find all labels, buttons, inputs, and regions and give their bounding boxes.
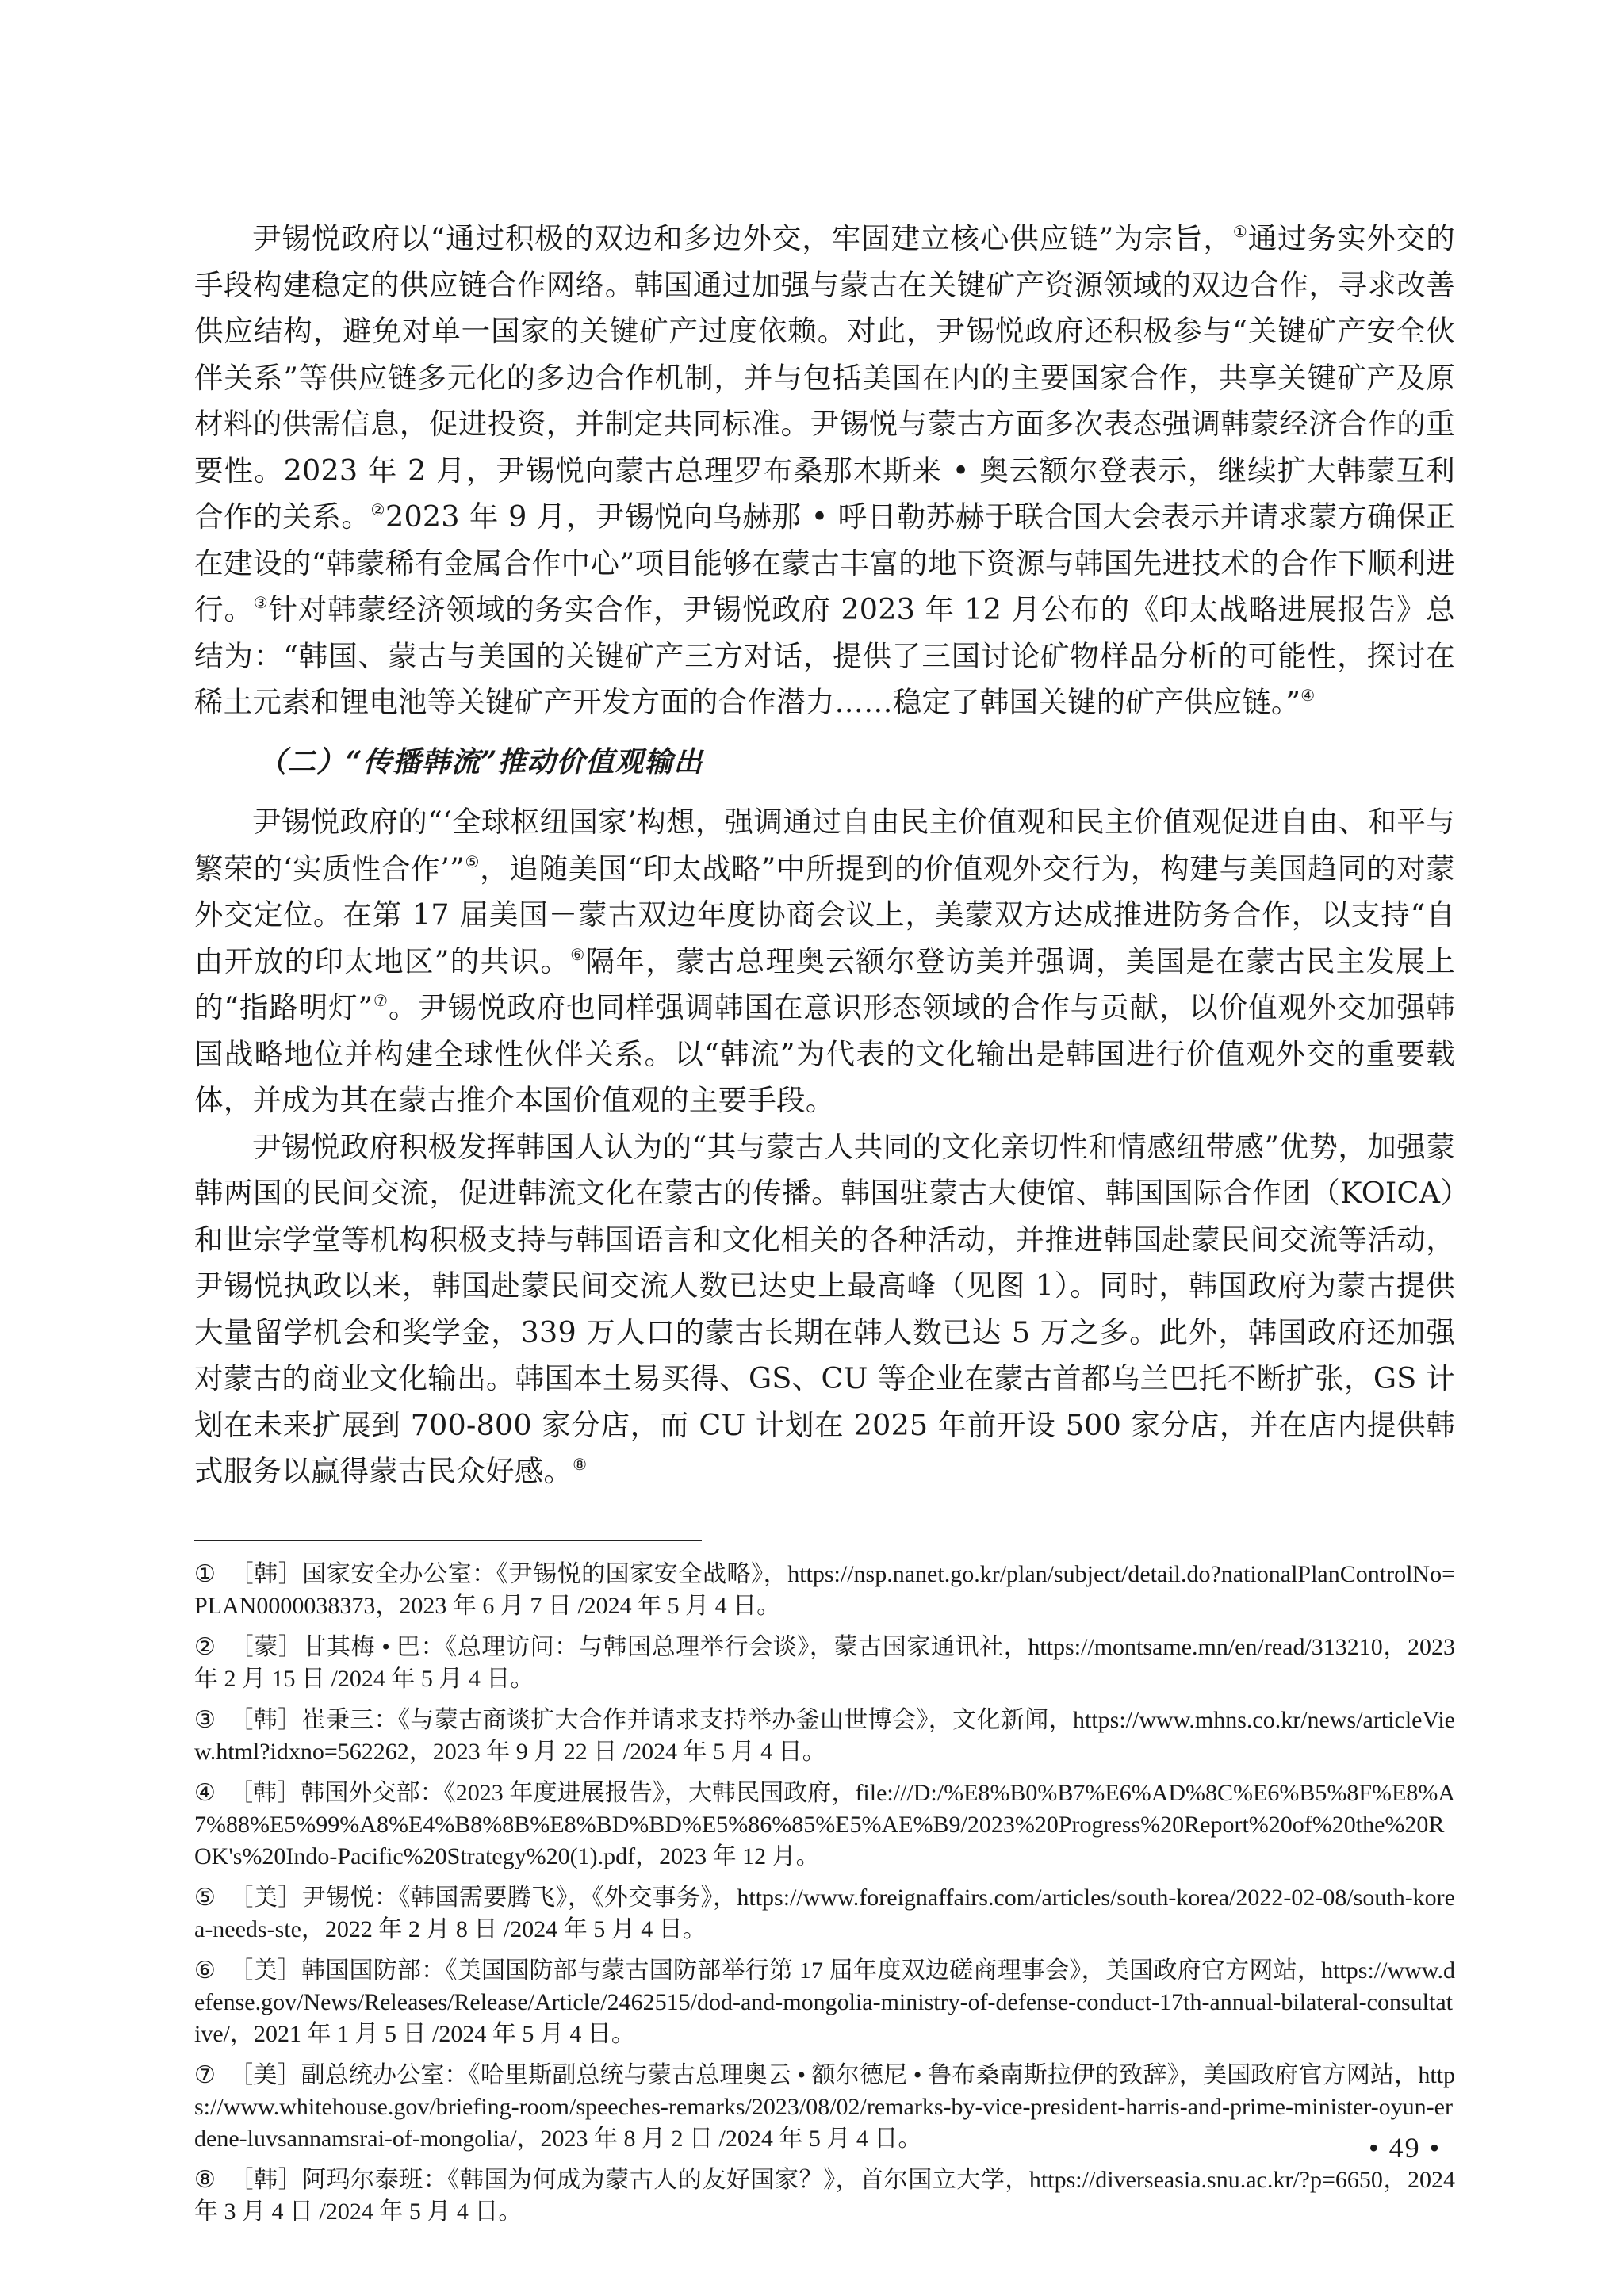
footnote-ref-5[interactable]: ⑤: [465, 852, 480, 871]
paragraph-text: 针对韩蒙经济领域的务实合作，尹锡悦政府 2023 年 12 月公布的《印太战略进…: [194, 592, 1455, 719]
footnote-country: ［美］: [229, 2062, 301, 2088]
paragraph-text: 尹锡悦政府积极发挥韩国人认为的“其与蒙古人共同的文化亲切性和情感纽带感”优势，加…: [194, 1130, 1455, 1489]
footnote-3: ③［韩］崔秉三：《与蒙古商谈扩大合作并请求支持举办釜山世博会》，文化新闻，htt…: [194, 1705, 1455, 1768]
footnote-number: ⑤: [194, 1882, 223, 1914]
body-paragraph-korean-wave: 尹锡悦政府积极发挥韩国人认为的“其与蒙古人共同的文化亲切性和情感纽带感”优势，加…: [194, 1124, 1455, 1495]
footnote-divider: [194, 1540, 702, 1541]
footnote-ref-6[interactable]: ⑥: [570, 945, 585, 964]
footnote-number: ②: [194, 1632, 223, 1663]
footnote-7: ⑦［美］副总统办公室：《哈里斯副总统与蒙古总理奥云 • 额尔德尼 • 鲁布桑南斯…: [194, 2060, 1455, 2155]
footnote-text: 甘其梅 • 巴：《总理访问：与韩国总理举行会谈》，蒙古国家通讯社，https:/…: [194, 1634, 1455, 1692]
footnote-text: 国家安全办公室：《尹锡悦的国家安全战略》，https://nsp.nanet.g…: [194, 1561, 1455, 1619]
footnote-ref-4[interactable]: ④: [1300, 686, 1315, 705]
footnote-text: 韩国外交部：《2023 年度进展报告》，大韩民国政府，file:///D:/%E…: [194, 1780, 1455, 1869]
footnote-country: ［蒙］: [229, 1634, 302, 1660]
footnote-country: ［韩］: [229, 1780, 301, 1806]
footnote-5: ⑤［美］尹锡悦：《韩国需要腾飞》，《外交事务》，https://www.fore…: [194, 1882, 1455, 1946]
footnote-country: ［美］: [229, 1957, 301, 1984]
footnote-text: 崔秉三：《与蒙古商谈扩大合作并请求支持举办釜山世博会》，文化新闻，https:/…: [194, 1707, 1455, 1765]
footnote-2: ②［蒙］甘其梅 • 巴：《总理访问：与韩国总理举行会谈》，蒙古国家通讯社，htt…: [194, 1632, 1455, 1695]
footnote-number: ⑥: [194, 1955, 223, 1987]
body-paragraph-supply-chain: 尹锡悦政府以“通过积极的双边和多边外交，牢固建立核心供应链”为宗旨，①通过务实外…: [194, 216, 1455, 726]
spacer: [194, 726, 1455, 733]
footnote-ref-7[interactable]: ⑦: [373, 991, 389, 1010]
footnote-text: 阿玛尔泰班：《韩国为何成为蒙古人的友好国家？》，首尔国立大学，https://d…: [194, 2167, 1455, 2225]
body-paragraph-values-diplomacy: 尹锡悦政府的“‘全球枢纽国家’构想，强调通过自由民主价值观和民主价值观促进自由、…: [194, 799, 1455, 1124]
footnote-1: ①［韩］国家安全办公室：《尹锡悦的国家安全战略》，https://nsp.nan…: [194, 1559, 1455, 1622]
footnote-text: 尹锡悦：《韩国需要腾飞》，《外交事务》，https://www.foreigna…: [194, 1885, 1455, 1942]
footnote-country: ［美］: [229, 1885, 302, 1911]
footnote-country: ［韩］: [229, 2167, 302, 2193]
footnote-country: ［韩］: [229, 1561, 302, 1587]
footnotes-list: ①［韩］国家安全办公室：《尹锡悦的国家安全战略》，https://nsp.nan…: [194, 1559, 1455, 2228]
footnote-number: ③: [194, 1705, 223, 1736]
footnote-6: ⑥［美］韩国国防部：《美国国防部与蒙古国防部举行第 17 届年度双边磋商理事会》…: [194, 1955, 1455, 2050]
section-heading: （二）“传播韩流”推动价值观输出: [194, 739, 1455, 786]
page-number: • 49 •: [1369, 2131, 1441, 2164]
footnote-4: ④［韩］韩国外交部：《2023 年度进展报告》，大韩民国政府，file:///D…: [194, 1777, 1455, 1873]
footnote-ref-1[interactable]: ①: [1233, 222, 1248, 241]
paragraph-text: 尹锡悦政府以“通过积极的双边和多边外交，牢固建立核心供应链”为宗旨，: [252, 221, 1233, 255]
document-page: 尹锡悦政府以“通过积极的双边和多边外交，牢固建立核心供应链”为宗旨，①通过务实外…: [194, 216, 1455, 2237]
footnote-ref-3[interactable]: ③: [254, 593, 269, 612]
footnote-ref-8[interactable]: ⑧: [573, 1455, 587, 1474]
footnote-text: 韩国国防部：《美国国防部与蒙古国防部举行第 17 届年度双边磋商理事会》，美国政…: [194, 1957, 1455, 2047]
footnote-number: ⑧: [194, 2164, 223, 2196]
footnote-text: 副总统办公室：《哈里斯副总统与蒙古总理奥云 • 额尔德尼 • 鲁布桑南斯拉伊的致…: [194, 2062, 1455, 2152]
footnote-ref-2[interactable]: ②: [371, 500, 386, 519]
footnote-number: ④: [194, 1777, 223, 1809]
paragraph-text: 通过务实外交的手段构建稳定的供应链合作网络。韩国通过加强与蒙古在关键矿产资源领域…: [194, 221, 1455, 534]
footnote-number: ①: [194, 1559, 223, 1590]
footnote-8: ⑧［韩］阿玛尔泰班：《韩国为何成为蒙古人的友好国家？》，首尔国立大学，https…: [194, 2164, 1455, 2228]
footnote-number: ⑦: [194, 2060, 223, 2091]
footnote-country: ［韩］: [229, 1707, 302, 1733]
